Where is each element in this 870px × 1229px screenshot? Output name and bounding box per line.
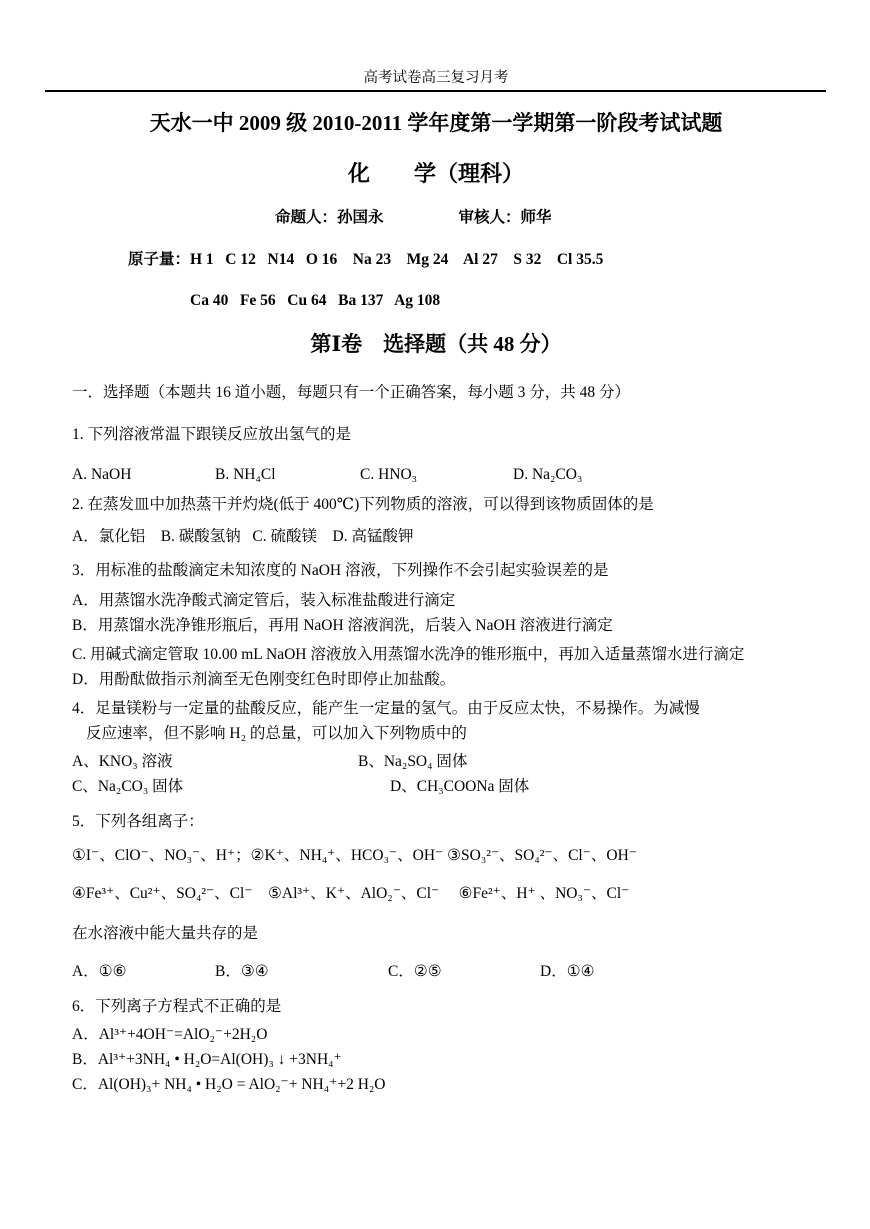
question-5-stem: 在水溶液中能大量共存的是 <box>72 921 800 946</box>
question-6-option-b: B．Al³⁺+3NH₄ • H₂O=Al(OH)₃ ↓ +3NH₄⁺ <box>72 1047 800 1072</box>
question-4-option-b: B、Na₂SO₄ 固体 <box>358 749 467 774</box>
question-1-option-b: B. NH₄Cl <box>215 462 360 487</box>
exam-document: 高考试卷高三复习月考 天水一中 2009 级 2010-2011 学年度第一学期… <box>0 0 870 1229</box>
question-1-option-a: A. NaOH <box>72 462 215 487</box>
setter-label: 命题人：孙国永 <box>275 208 384 228</box>
question-1-option-c: C. HNO₃ <box>360 462 513 487</box>
question-6-option-c: C．Al(OH)₃+ NH₄ • H₂O = AlO₂⁻+ NH₄⁺+2 H₂O <box>72 1072 800 1097</box>
question-4-option-d: D、CH₃COONa 固体 <box>390 774 529 799</box>
question-2-text: 2. 在蒸发皿中加热蒸干并灼烧(低于 400℃)下列物质的溶液，可以得到该物质固… <box>72 492 800 517</box>
question-4-option-a: A、KNO₃ 溶液 <box>72 749 358 774</box>
question-5-ion-groups-2: ④Fe³⁺、Cu²⁺、SO₄²⁻、Cl⁻ ⑤Al³⁺、K⁺、AlO₂⁻、Cl⁻ … <box>72 881 800 906</box>
section-1-intro: 一．选择题（本题共 16 道小题，每题只有一个正确答案，每小题 3 分，共 48… <box>72 380 800 405</box>
reviewer-label: 审核人：师华 <box>459 208 552 228</box>
question-4-option-c: C、Na₂CO₃ 固体 <box>72 774 390 799</box>
question-4-text-line-1: 4．足量镁粉与一定量的盐酸反应，能产生一定量的氢气。由于反应太快，不易操作。为减… <box>72 696 800 721</box>
atomic-masses-line-2: Ca 40 Fe 56 Cu 64 Ba 137 Ag 108 <box>190 291 800 311</box>
section-1-title: 第Ⅰ卷 选择题（共 48 分） <box>72 330 800 358</box>
question-5-option-c: C．②⑤ <box>388 959 540 984</box>
question-5-option-d: D．①④ <box>540 959 595 984</box>
question-6-text: 6．下列离子方程式不正确的是 <box>72 994 800 1019</box>
question-5-ion-groups-1: ①I⁻、ClO⁻、NO₃⁻、H⁺；②K⁺、NH₄⁺、HCO₃⁻、OH⁻ ③SO₃… <box>72 843 800 868</box>
question-5-options: A．①⑥ B．③④ C．②⑤ D．①④ <box>72 959 800 984</box>
question-4-text-line-2: 反应速率，但不影响 H₂ 的总量，可以加入下列物质中的 <box>86 721 800 746</box>
question-3-option-c: C. 用碱式滴定管取 10.00 mL NaOH 溶液放入用蒸馏水洗净的锥形瓶中… <box>72 642 800 667</box>
question-6-option-a: A．Al³⁺+4OH⁻=AlO₂⁻+2H₂O <box>72 1022 800 1047</box>
question-2-options: A．氯化铝 B. 碳酸氢钠 C. 硫酸镁 D. 高锰酸钾 <box>72 524 800 549</box>
question-3-option-a: A．用蒸馏水洗净酸式滴定管后，装入标准盐酸进行滴定 <box>72 588 800 613</box>
question-3-text: 3．用标准的盐酸滴定未知浓度的 NaOH 溶液，下列操作不会引起实验误差的是 <box>72 558 800 583</box>
page-header-text: 高考试卷高三复习月考 <box>72 70 800 86</box>
question-5-option-b: B．③④ <box>215 959 388 984</box>
question-4-options-row-1: A、KNO₃ 溶液 B、Na₂SO₄ 固体 <box>72 749 800 774</box>
exam-title: 天水一中 2009 级 2010-2011 学年度第一学期第一阶段考试试题 <box>72 110 800 137</box>
question-5-option-a: A．①⑥ <box>72 959 215 984</box>
authors-line: 命题人：孙国永 审核人：师华 <box>275 208 800 228</box>
question-1-text: 1. 下列溶液常温下跟镁反应放出氢气的是 <box>72 422 800 447</box>
atomic-masses-line-1: 原子量：H 1 C 12 N14 O 16 Na 23 Mg 24 Al 27 … <box>128 250 800 270</box>
question-1-options: A. NaOH B. NH₄Cl C. HNO₃ D. Na₂CO₃ <box>72 462 800 487</box>
header-divider <box>45 90 826 92</box>
question-5-text: 5．下列各组离子： <box>72 809 800 834</box>
question-1-option-d: D. Na₂CO₃ <box>513 462 582 487</box>
question-3-option-d: D．用酚酞做指示剂滴至无色刚变红色时即停止加盐酸。 <box>72 667 800 692</box>
question-3-option-b: B．用蒸馏水洗净锥形瓶后，再用 NaOH 溶液润洗，后装入 NaOH 溶液进行滴… <box>72 613 800 638</box>
subject-title: 化 学（理科） <box>72 160 800 187</box>
question-4-options-row-2: C、Na₂CO₃ 固体 D、CH₃COONa 固体 <box>72 774 800 799</box>
